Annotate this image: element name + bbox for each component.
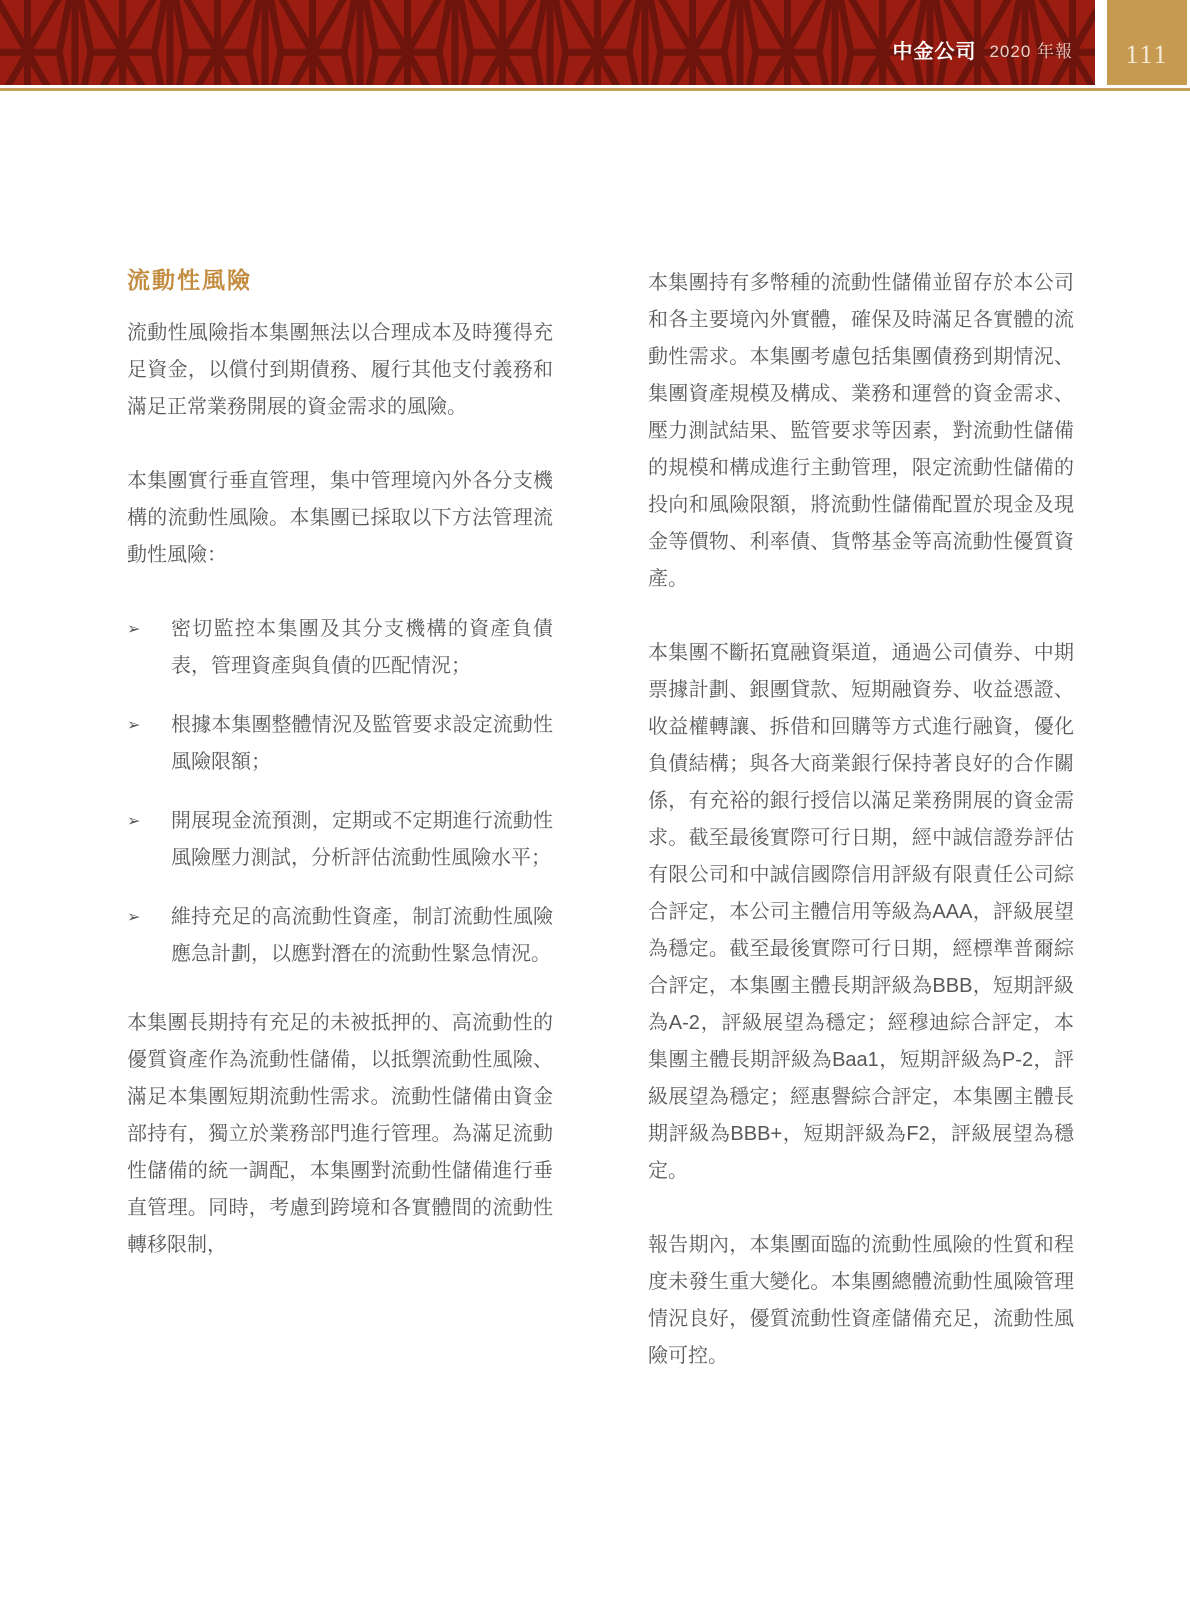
header-divider-rule bbox=[0, 88, 1190, 91]
section-heading: 流動性風險 bbox=[127, 265, 553, 295]
list-item: ➢ 開展現金流預測，定期或不定期進行流動性風險壓力測試，分析評估流動性風險水平； bbox=[127, 803, 553, 877]
header-caption: 中金公司 2020 年報 bbox=[892, 0, 1073, 85]
report-edition: 2020 年報 bbox=[989, 37, 1073, 62]
list-item-text: 維持充足的高流動性資產，制訂流動性風險應急計劃，以應對潛在的流動性緊急情況。 bbox=[171, 899, 553, 973]
page-number-box: 111 bbox=[1107, 0, 1187, 85]
list-item-text: 開展現金流預測，定期或不定期進行流動性風險壓力測試，分析評估流動性風險水平； bbox=[171, 803, 553, 877]
arrow-bullet-icon: ➢ bbox=[127, 899, 171, 973]
list-item: ➢ 維持充足的高流動性資產，制訂流動性風險應急計劃，以應對潛在的流動性緊急情況。 bbox=[127, 899, 553, 973]
paragraph: 本集團不斷拓寬融資渠道，通過公司債券、中期票據計劃、銀團貸款、短期融資券、收益憑… bbox=[648, 635, 1074, 1190]
paragraph: 本集團實行垂直管理，集中管理境內外各分支機構的流動性風險。本集團已採取以下方法管… bbox=[127, 463, 553, 574]
company-name: 中金公司 bbox=[892, 35, 976, 64]
left-column: 流動性風險 流動性風險指本集團無法以合理成本及時獲得充足資金，以償付到期債務、履… bbox=[127, 265, 553, 1264]
arrow-bullet-icon: ➢ bbox=[127, 611, 171, 685]
paragraph: 流動性風險指本集團無法以合理成本及時獲得充足資金，以償付到期債務、履行其他支付義… bbox=[127, 315, 553, 426]
list-item-text: 根據本集團整體情況及監管要求設定流動性風險限額； bbox=[171, 707, 553, 781]
arrow-bullet-icon: ➢ bbox=[127, 707, 171, 781]
header-band: 中金公司 2020 年報 bbox=[0, 0, 1095, 85]
list-item: ➢ 根據本集團整體情況及監管要求設定流動性風險限額； bbox=[127, 707, 553, 781]
arrow-bullet-icon: ➢ bbox=[127, 803, 171, 877]
paragraph: 本集團持有多幣種的流動性儲備並留存於本公司和各主要境內外實體，確保及時滿足各實體… bbox=[648, 265, 1074, 598]
list-item: ➢ 密切監控本集團及其分支機構的資產負債表，管理資產與負債的匹配情況； bbox=[127, 611, 553, 685]
page-number: 111 bbox=[1125, 40, 1168, 70]
right-column: 本集團持有多幣種的流動性儲備並留存於本公司和各主要境內外實體，確保及時滿足各實體… bbox=[648, 265, 1074, 1375]
list-item-text: 密切監控本集團及其分支機構的資產負債表，管理資產與負債的匹配情況； bbox=[171, 611, 553, 685]
paragraph: 本集團長期持有充足的未被抵押的、高流動性的優質資產作為流動性儲備，以抵禦流動性風… bbox=[127, 1005, 553, 1264]
bullet-list: ➢ 密切監控本集團及其分支機構的資產負債表，管理資產與負債的匹配情況； ➢ 根據… bbox=[127, 611, 553, 973]
paragraph: 報告期內，本集團面臨的流動性風險的性質和程度未發生重大變化。本集團總體流動性風險… bbox=[648, 1227, 1074, 1375]
